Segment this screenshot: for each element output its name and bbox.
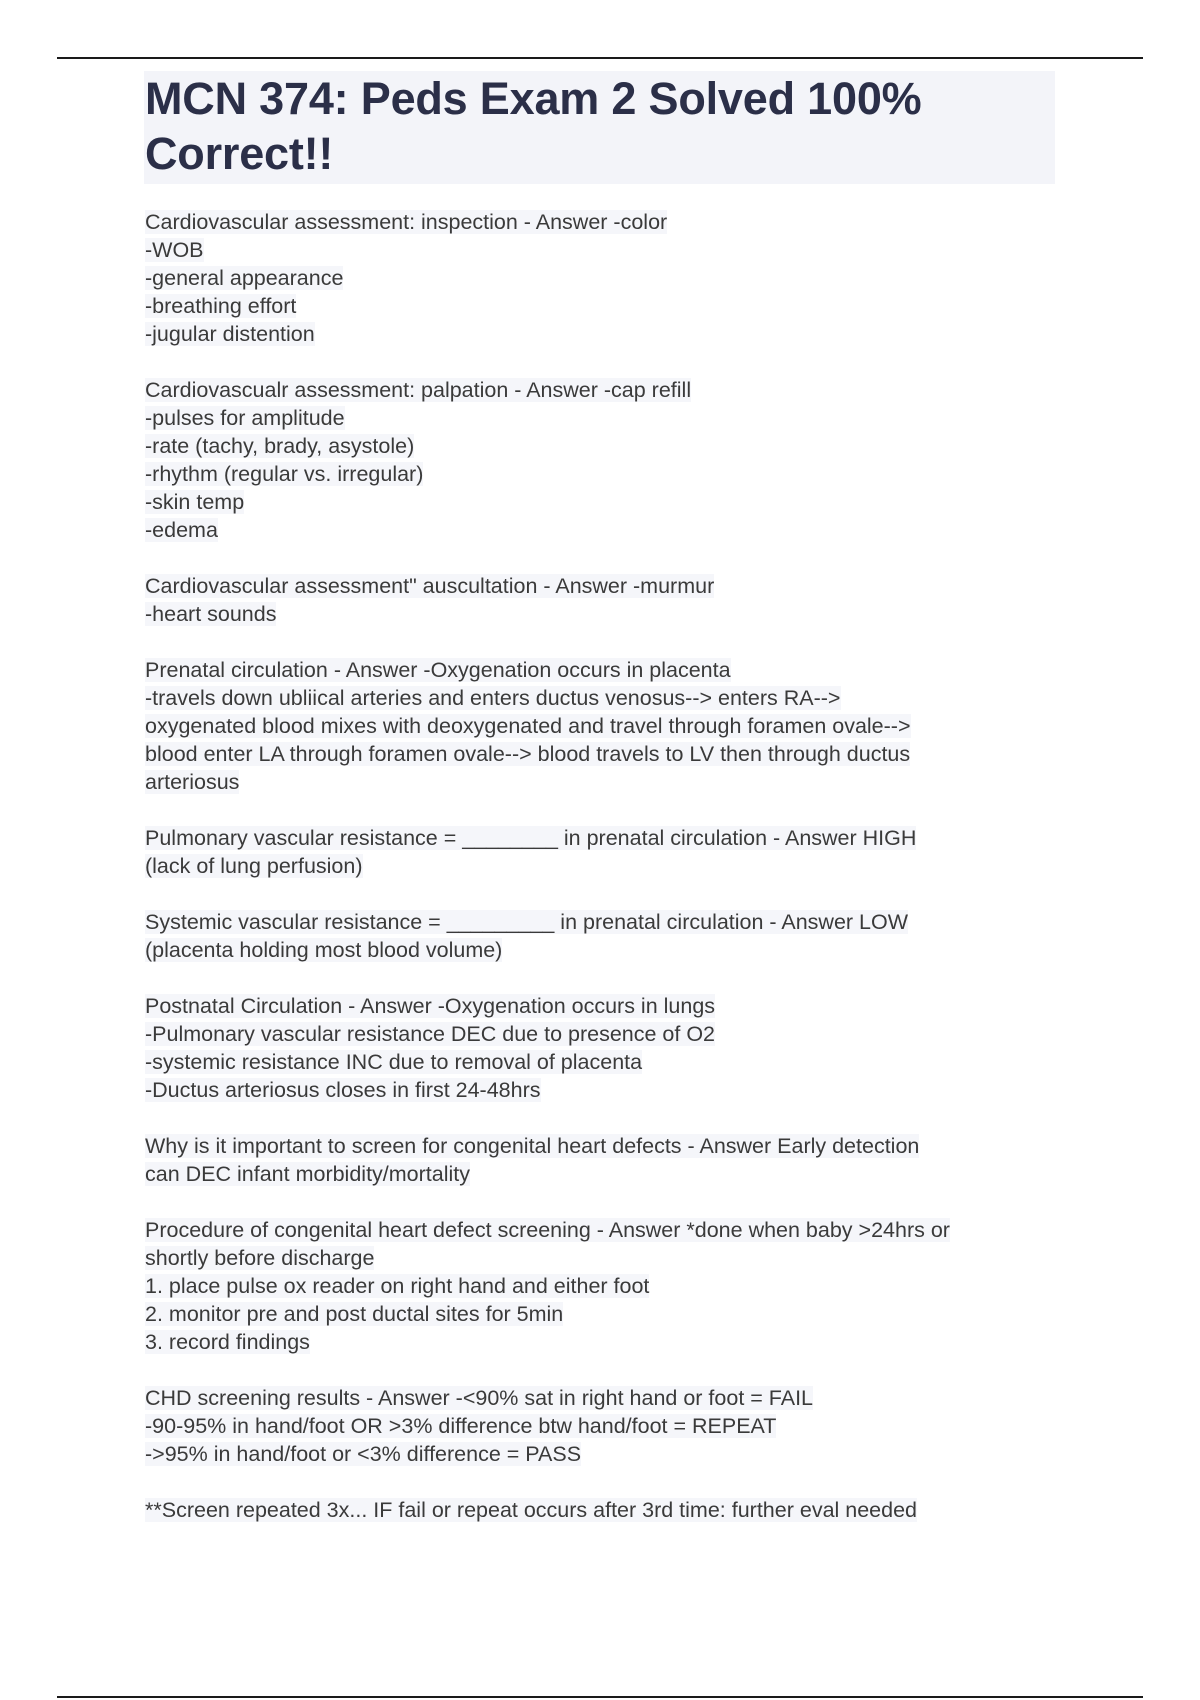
- bottom-page-rule: [57, 1696, 1143, 1698]
- qa-entry: Pulmonary vascular resistance = ________…: [145, 824, 1055, 880]
- line-text: **Screen repeated 3x... IF fail or repea…: [145, 1498, 917, 1522]
- line-text: Why is it important to screen for congen…: [145, 1134, 919, 1158]
- qa-entry: Systemic vascular resistance = _________…: [145, 908, 1055, 964]
- line-text: 3. record findings: [145, 1330, 310, 1354]
- line-text: 2. monitor pre and post ductal sites for…: [145, 1302, 563, 1326]
- qa-entry: CHD screening results - Answer -<90% sat…: [145, 1384, 1055, 1468]
- line-text: can DEC infant morbidity/mortality: [145, 1162, 470, 1186]
- line-text: -heart sounds: [145, 602, 276, 626]
- qa-answer-line: -systemic resistance INC due to removal …: [145, 1048, 1055, 1076]
- line-text: (lack of lung perfusion): [145, 854, 363, 878]
- qa-answer-line: 3. record findings: [145, 1328, 1055, 1356]
- qa-entry: Why is it important to screen for congen…: [145, 1132, 1055, 1188]
- qa-entry: Prenatal circulation - Answer -Oxygenati…: [145, 656, 1055, 796]
- top-page-rule: [57, 57, 1143, 59]
- line-text: Pulmonary vascular resistance = ________…: [145, 826, 916, 850]
- line-text: -skin temp: [145, 490, 244, 514]
- qa-answer-line: -travels down ubliical arteries and ente…: [145, 684, 1055, 712]
- qa-entry: Cardiovascular assessment" auscultation …: [145, 572, 1055, 628]
- line-text: Systemic vascular resistance = _________…: [145, 910, 908, 934]
- qa-answer-line: (lack of lung perfusion): [145, 852, 1055, 880]
- qa-entry: Cardiovascular assessment: inspection - …: [145, 208, 1055, 348]
- qa-answer-line: 2. monitor pre and post ductal sites for…: [145, 1300, 1055, 1328]
- line-text: Postnatal Circulation - Answer -Oxygenat…: [145, 994, 715, 1018]
- qa-question-line: Pulmonary vascular resistance = ________…: [145, 824, 1055, 852]
- qa-answer-line: ->95% in hand/foot or <3% difference = P…: [145, 1440, 1055, 1468]
- qa-question-line: Systemic vascular resistance = _________…: [145, 908, 1055, 936]
- line-text: -general appearance: [145, 266, 343, 290]
- qa-answer-line: -general appearance: [145, 264, 1055, 292]
- line-text: -jugular distention: [145, 322, 315, 346]
- qa-entry: Postnatal Circulation - Answer -Oxygenat…: [145, 992, 1055, 1104]
- line-text: Cardiovascualr assessment: palpation - A…: [145, 378, 691, 402]
- line-text: Cardiovascular assessment: inspection - …: [145, 210, 667, 234]
- qa-answer-line: -breathing effort: [145, 292, 1055, 320]
- line-text: -rhythm (regular vs. irregular): [145, 462, 423, 486]
- line-text: ->95% in hand/foot or <3% difference = P…: [145, 1442, 581, 1466]
- line-text: -travels down ubliical arteries and ente…: [145, 686, 841, 710]
- line-text: -Pulmonary vascular resistance DEC due t…: [145, 1022, 715, 1046]
- qa-answer-line: -WOB: [145, 236, 1055, 264]
- qa-question-line: Cardiovascualr assessment: palpation - A…: [145, 376, 1055, 404]
- line-text: -90-95% in hand/foot OR >3% difference b…: [145, 1414, 776, 1438]
- qa-entries-list: Cardiovascular assessment: inspection - …: [145, 208, 1055, 1524]
- qa-question-line: Cardiovascular assessment: inspection - …: [145, 208, 1055, 236]
- qa-answer-line: -rhythm (regular vs. irregular): [145, 460, 1055, 488]
- qa-question-line: Procedure of congenital heart defect scr…: [145, 1216, 1055, 1244]
- qa-answer-line: blood enter LA through foramen ovale--> …: [145, 740, 1055, 768]
- qa-entry: Procedure of congenital heart defect scr…: [145, 1216, 1055, 1356]
- qa-answer-line: 1. place pulse ox reader on right hand a…: [145, 1272, 1055, 1300]
- line-text: blood enter LA through foramen ovale--> …: [145, 742, 910, 766]
- qa-answer-line: -skin temp: [145, 488, 1055, 516]
- line-text: arteriosus: [145, 770, 239, 794]
- line-text: 1. place pulse ox reader on right hand a…: [145, 1274, 649, 1298]
- qa-answer-line: -pulses for amplitude: [145, 404, 1055, 432]
- line-text: -systemic resistance INC due to removal …: [145, 1050, 642, 1074]
- line-text: CHD screening results - Answer -<90% sat…: [145, 1386, 813, 1410]
- qa-answer-line: can DEC infant morbidity/mortality: [145, 1160, 1055, 1188]
- qa-entry: Cardiovascualr assessment: palpation - A…: [145, 376, 1055, 544]
- line-text: (placenta holding most blood volume): [145, 938, 502, 962]
- qa-answer-line: (placenta holding most blood volume): [145, 936, 1055, 964]
- document-page: MCN 374: Peds Exam 2 Solved 100% Correct…: [145, 71, 1055, 1552]
- document-title: MCN 374: Peds Exam 2 Solved 100% Correct…: [144, 71, 1055, 184]
- line-text: -WOB: [145, 238, 204, 262]
- line-text: -Ductus arteriosus closes in first 24-48…: [145, 1078, 541, 1102]
- qa-entry: **Screen repeated 3x... IF fail or repea…: [145, 1496, 1055, 1524]
- qa-question-line: Cardiovascular assessment" auscultation …: [145, 572, 1055, 600]
- line-text: Procedure of congenital heart defect scr…: [145, 1218, 950, 1242]
- line-text: oxygenated blood mixes with deoxygenated…: [145, 714, 911, 738]
- qa-answer-line: -Ductus arteriosus closes in first 24-48…: [145, 1076, 1055, 1104]
- qa-answer-line: -Pulmonary vascular resistance DEC due t…: [145, 1020, 1055, 1048]
- qa-question-line: **Screen repeated 3x... IF fail or repea…: [145, 1496, 1055, 1524]
- qa-answer-line: -edema: [145, 516, 1055, 544]
- qa-question-line: Prenatal circulation - Answer -Oxygenati…: [145, 656, 1055, 684]
- line-text: Prenatal circulation - Answer -Oxygenati…: [145, 658, 731, 682]
- qa-question-line: CHD screening results - Answer -<90% sat…: [145, 1384, 1055, 1412]
- qa-question-line: Postnatal Circulation - Answer -Oxygenat…: [145, 992, 1055, 1020]
- qa-answer-line: shortly before discharge: [145, 1244, 1055, 1272]
- qa-answer-line: -rate (tachy, brady, asystole): [145, 432, 1055, 460]
- qa-answer-line: -90-95% in hand/foot OR >3% difference b…: [145, 1412, 1055, 1440]
- line-text: -edema: [145, 518, 218, 542]
- qa-answer-line: -jugular distention: [145, 320, 1055, 348]
- line-text: Cardiovascular assessment" auscultation …: [145, 574, 714, 598]
- line-text: -pulses for amplitude: [145, 406, 345, 430]
- qa-answer-line: arteriosus: [145, 768, 1055, 796]
- line-text: -rate (tachy, brady, asystole): [145, 434, 414, 458]
- qa-answer-line: oxygenated blood mixes with deoxygenated…: [145, 712, 1055, 740]
- qa-answer-line: -heart sounds: [145, 600, 1055, 628]
- qa-question-line: Why is it important to screen for congen…: [145, 1132, 1055, 1160]
- line-text: shortly before discharge: [145, 1246, 374, 1270]
- line-text: -breathing effort: [145, 294, 296, 318]
